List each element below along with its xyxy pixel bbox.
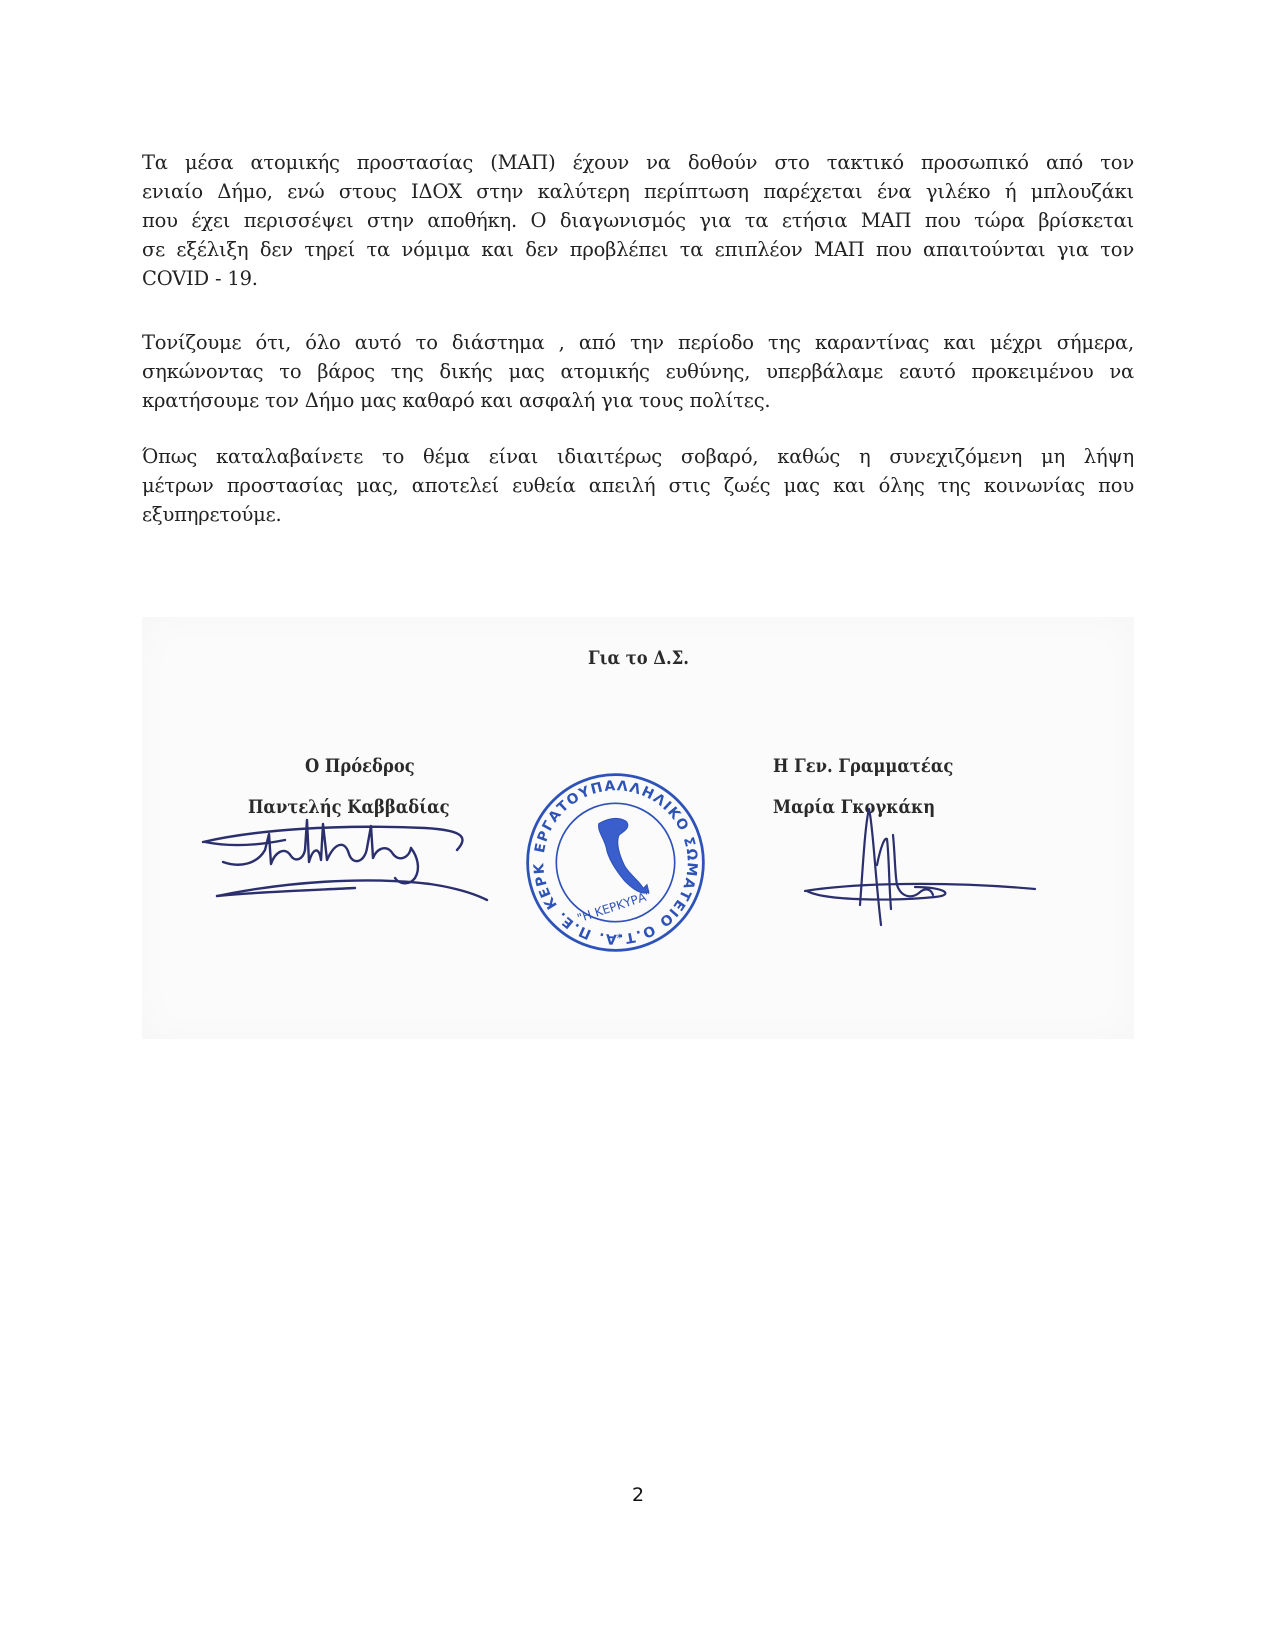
paragraph-ppe: Τα μέσα ατομικής προστασίας (ΜΑΠ) έχουν …: [142, 148, 1134, 293]
official-stamp-icon: ΕΡΓΑΤΟΥΠΑΛΛΗΛΙΚΟ ΣΩΜΑΤΕΙΟ Ο.Τ.Α. Π.Ε. ΚΕ…: [523, 770, 708, 955]
text-line: εξυπηρετούμε.: [142, 500, 1134, 529]
text-line: COVID - 19.: [142, 264, 1134, 293]
text-line: κρατήσουμε τον Δήμο μας καθαρό και ασφαλ…: [142, 386, 1134, 415]
text-line: Όπως καταλαβαίνετε το θέμα είναι ιδιαιτέ…: [142, 442, 1134, 471]
text-line: σηκώνοντας το βάρος της δικής μας ατομικ…: [142, 357, 1134, 386]
text-line: Τα μέσα ατομικής προστασίας (ΜΑΠ) έχουν …: [142, 148, 1134, 177]
svg-text:"Η ΚΕΡΚΥΡΑ": "Η ΚΕΡΚΥΡΑ": [575, 888, 653, 925]
paragraph-emphasis: Τονίζουμε ότι, όλο αυτό το διάστημα , απ…: [142, 328, 1134, 415]
handwritten-signature-icon: [795, 805, 1040, 935]
text-line: Τονίζουμε ότι, όλο αυτό το διάστημα , απ…: [142, 328, 1134, 357]
handwritten-signature-icon: [195, 812, 495, 907]
text-line: ενιαίο Δήμο, ενώ στους ΙΔΟΧ στην καλύτερ…: [142, 177, 1134, 206]
board-label: Για το Δ.Σ.: [588, 647, 689, 669]
text-line: που έχει περισσέψει στην αποθήκη. Ο διαγ…: [142, 206, 1134, 235]
president-title: Ο Πρόεδρος: [305, 755, 415, 777]
svg-text:*: *: [616, 932, 622, 945]
secretary-title: Η Γεν. Γραμματέας: [773, 755, 953, 777]
document-page: Τα μέσα ατομικής προστασίας (ΜΑΠ) έχουν …: [0, 0, 1275, 1650]
text-line: μέτρων προστασίας μας, αποτελεί ευθεία α…: [142, 471, 1134, 500]
page-number: 2: [620, 1484, 656, 1506]
paragraph-conclusion: Όπως καταλαβαίνετε το θέμα είναι ιδιαιτέ…: [142, 442, 1134, 529]
text-line: σε εξέλιξη δεν τηρεί τα νόμιμα και δεν π…: [142, 235, 1134, 264]
